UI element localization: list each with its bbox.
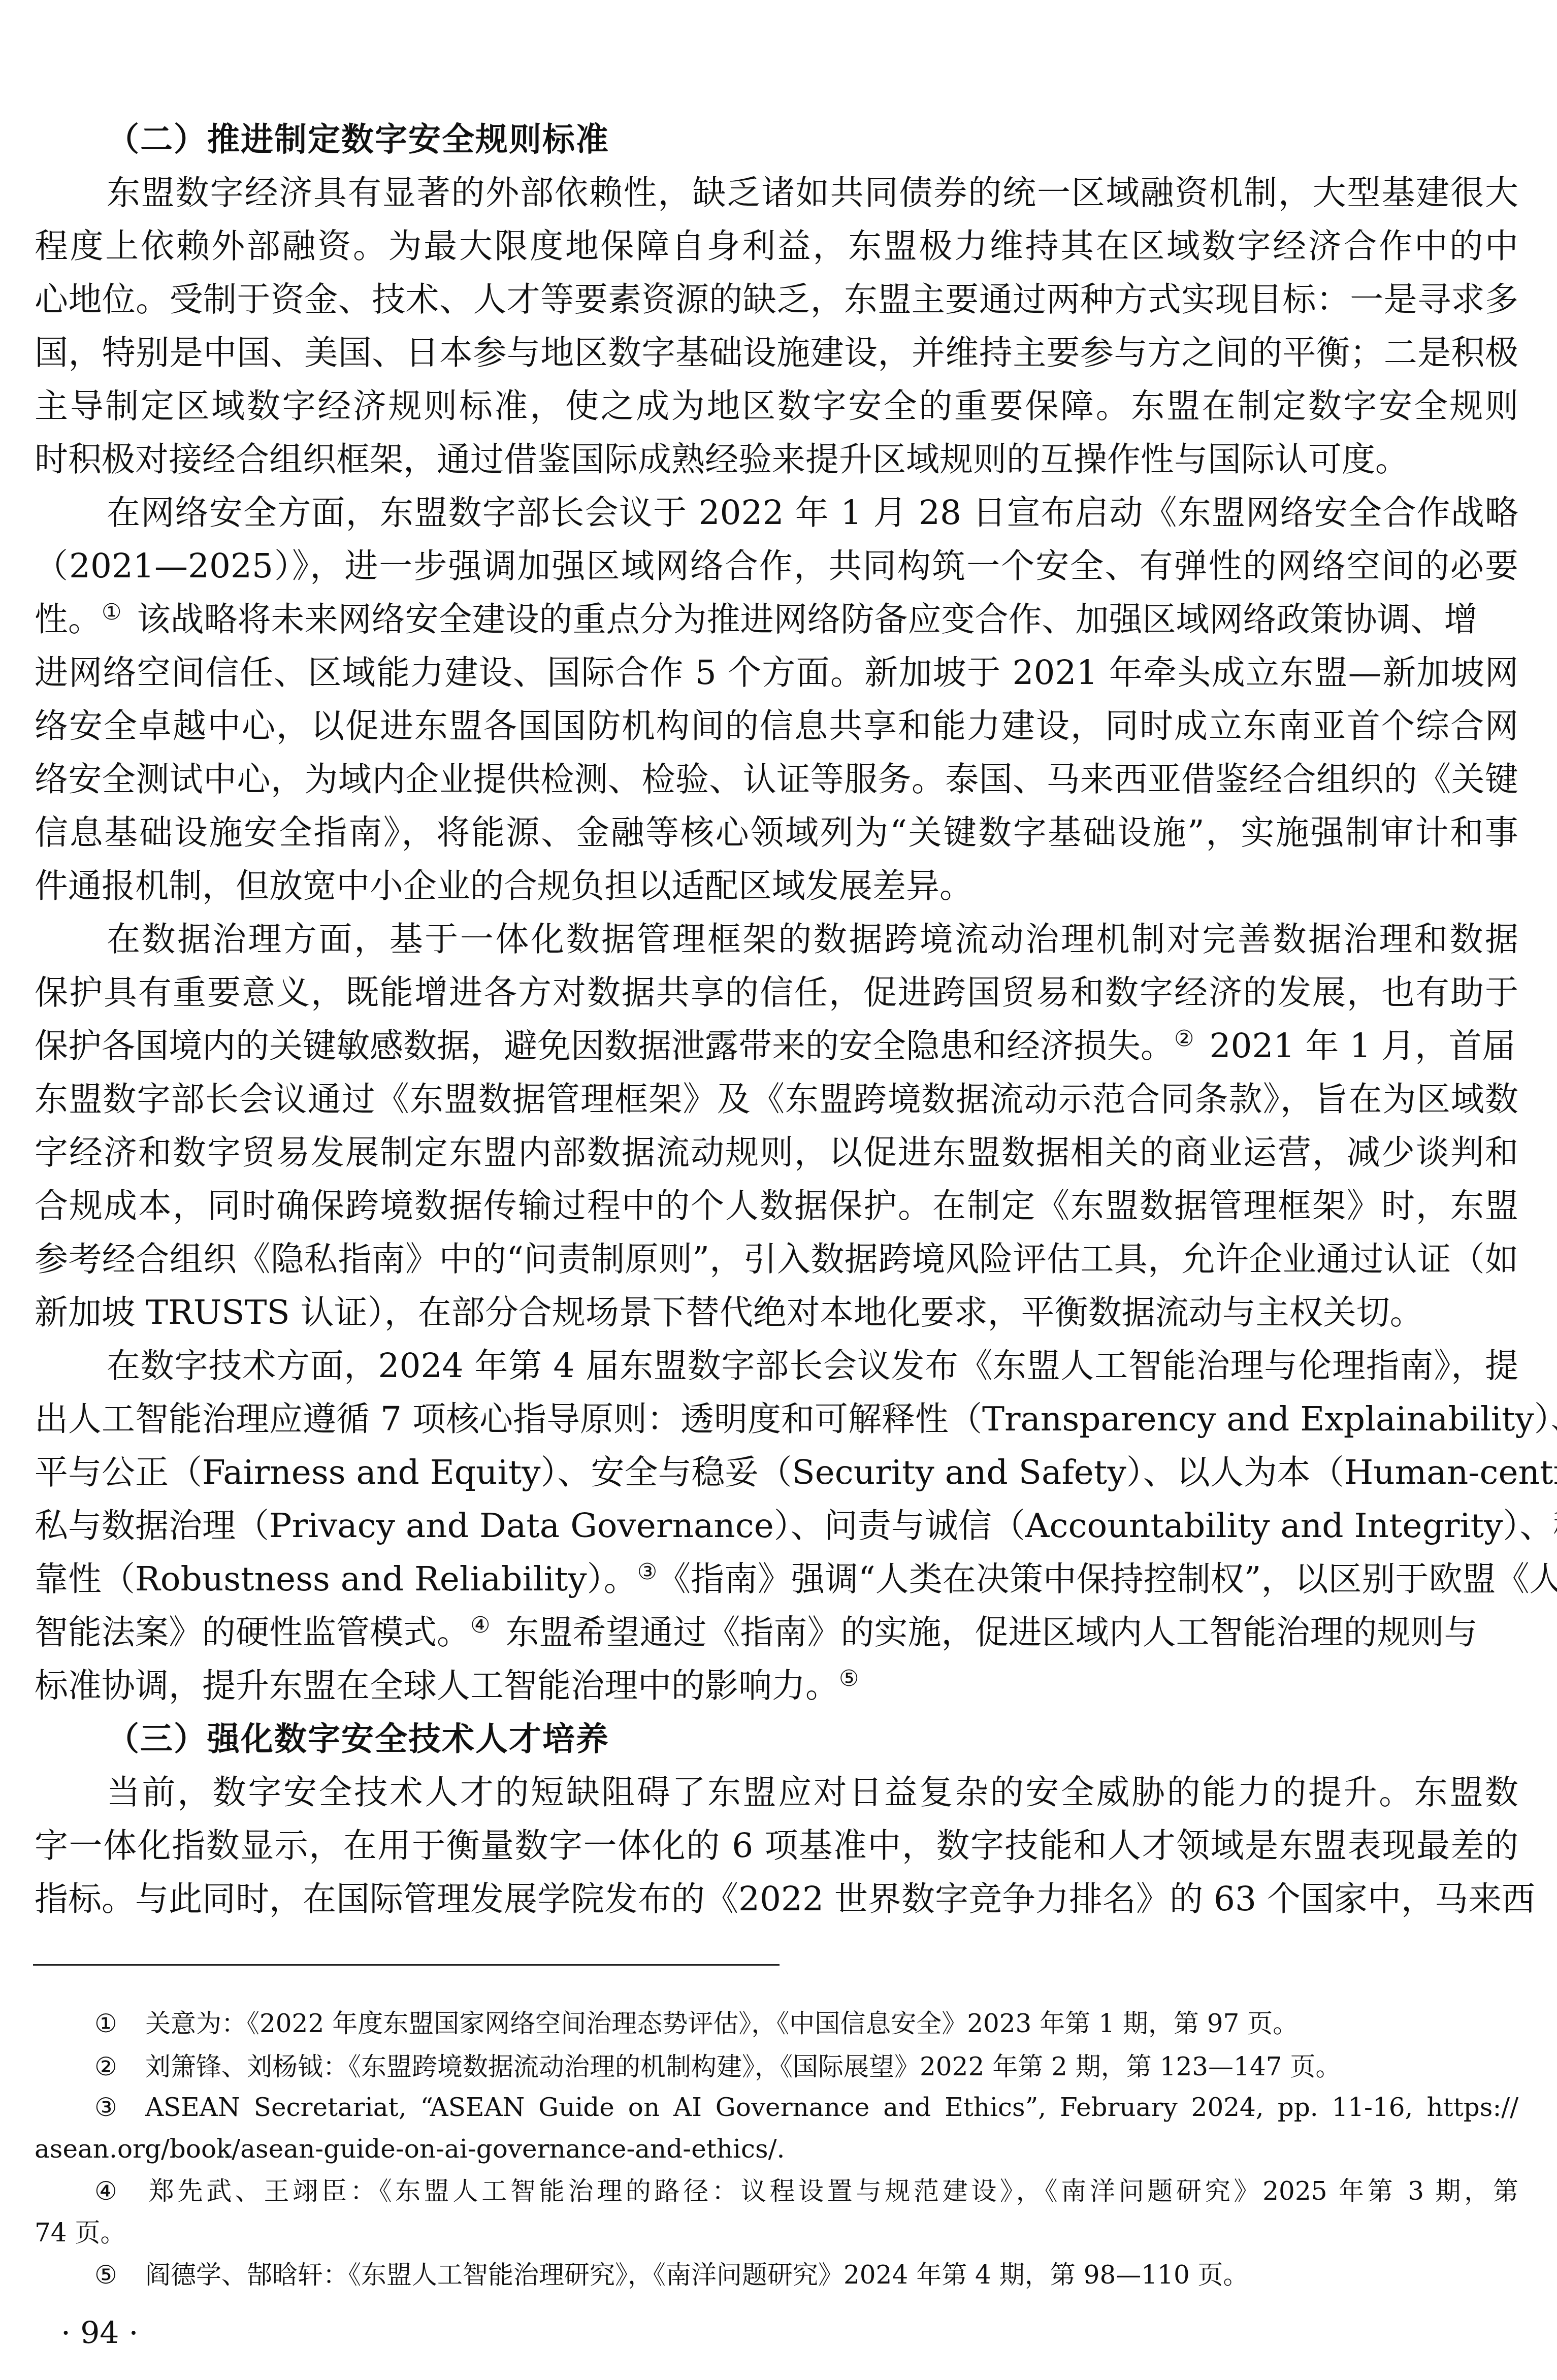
footnote-number: ④	[94, 2171, 145, 2211]
body-line: 在网络安全方面，东盟数字部长会议于 2022 年 1 月 28 日宣布启动《东盟…	[107, 487, 1518, 538]
footnote-text: 刘箫锋、刘杨钺：《东盟跨境数据流动治理的机制构建》，《国际展望》2022 年第 …	[145, 2052, 1341, 2081]
page-number: · 94 ·	[61, 2313, 139, 2354]
footnote-number: ②	[94, 2046, 145, 2087]
body-text: 智能法案》的硬性监管模式。	[35, 1613, 470, 1652]
body-line: 参考经合组织《隐私指南》中的“问责制原则”，引入数据跨境风险评估工具，允许企业通…	[35, 1234, 1518, 1285]
body-line: 合规成本，同时确保跨境数据传输过程中的个人数据保护。在制定《东盟数据管理框架》时…	[35, 1181, 1518, 1231]
footnote-divider	[33, 1964, 780, 1966]
footnote-4-cont: 74 页。	[35, 2212, 1518, 2253]
body-line: 字经济和数字贸易发展制定东盟内部数据流动规则，以促进东盟数据相关的商业运营，减少…	[35, 1127, 1518, 1178]
body-line: 主导制定区域数字经济规则标准，使之成为地区数字安全的重要保障。东盟在制定数字安全…	[35, 381, 1518, 432]
body-line: 东盟数字经济具有显著的外部依赖性，缺乏诸如共同债券的统一区域融资机制，大型基建很…	[107, 168, 1518, 218]
body-text: 2021 年 1 月，首届	[1209, 1026, 1515, 1065]
body-text: 靠性（Robustness and Reliability）。	[35, 1559, 637, 1599]
body-line: 指标。与此同时，在国际管理发展学院发布的《2022 世界数字竞争力排名》的 63…	[35, 1874, 1518, 1925]
body-line-with-footnote: 靠性（Robustness and Reliability）。③《指南》强调“人…	[35, 1554, 1518, 1605]
footnote-number: ①	[94, 2003, 145, 2044]
body-line: 信息基础设施安全指南》，将能源、金融等核心领域列为“关键数字基础设施”，实施强制…	[35, 807, 1518, 858]
body-line: 平与公正（Fairness and Equity）、安全与稳妥（Security…	[35, 1447, 1518, 1498]
body-text: 东盟希望通过《指南》的实施，促进区域内人工智能治理的规则与	[505, 1613, 1477, 1652]
body-line: 时积极对接经合组织框架，通过借鉴国际成熟经验来提升区域规则的互操作性与国际认可度…	[35, 434, 1518, 485]
body-line-with-footnote: 标准协调，提升东盟在全球人工智能治理中的影响力。⑤	[35, 1660, 1518, 1711]
body-text: 《指南》强调“人类在决策中保持控制权”，以区别于欧盟《人工	[657, 1559, 1557, 1599]
body-line: 国，特别是中国、美国、日本参与地区数字基础设施建设，并维持主要参与方之间的平衡；…	[35, 328, 1518, 378]
footnote-4: ④郑先武、王翊臣：《东盟人工智能治理的路径：议程设置与规范建设》，《南洋问题研究…	[94, 2171, 1518, 2211]
journal-page: （二）推进制定数字安全规则标准 东盟数字经济具有显著的外部依赖性，缺乏诸如共同债…	[0, 0, 1557, 2380]
footnote-text: ASEAN Secretariat, “ASEAN Guide on AI Go…	[145, 2093, 1518, 2122]
footnote-1: ①关意为：《2022 年度东盟国家网络空间治理态势评估》，《中国信息安全》202…	[94, 2003, 1518, 2044]
body-line: 字一体化指数显示，在用于衡量数字一体化的 6 项基准中，数字技能和人才领域是东盟…	[35, 1820, 1518, 1871]
body-text: 保护各国境内的关键敏感数据，避免因数据泄露带来的安全隐患和经济损失。	[35, 1026, 1174, 1065]
footnote-text: 关意为：《2022 年度东盟国家网络空间治理态势评估》，《中国信息安全》2023…	[145, 2009, 1298, 2038]
body-line: （2021—2025）》，进一步强调加强区域网络合作，共同构筑一个安全、有弹性的…	[35, 541, 1518, 592]
footnote-ref-1[interactable]: ①	[102, 599, 121, 625]
footnote-ref-4[interactable]: ④	[470, 1612, 490, 1638]
footnote-3: ③ASEAN Secretariat, “ASEAN Guide on AI G…	[94, 2087, 1518, 2128]
footnote-ref-5[interactable]: ⑤	[839, 1666, 859, 1691]
footnote-number: ③	[94, 2087, 145, 2128]
body-line-with-footnote: 性。①该战略将未来网络安全建设的重点分为推进网络防备应变合作、加强区域网络政策协…	[35, 594, 1518, 645]
section-heading-2: （二）推进制定数字安全规则标准	[107, 114, 609, 165]
body-line: 在数据治理方面，基于一体化数据管理框架的数据跨境流动治理机制对完善数据治理和数据	[107, 914, 1518, 965]
body-line-with-footnote: 保护各国境内的关键敏感数据，避免因数据泄露带来的安全隐患和经济损失。②2021 …	[35, 1021, 1518, 1071]
body-line: 东盟数字部长会议通过《东盟数据管理框架》及《东盟跨境数据流动示范合同条款》，旨在…	[35, 1074, 1518, 1125]
body-text: 该战略将未来网络安全建设的重点分为推进网络防备应变合作、加强区域网络政策协调、增	[137, 600, 1477, 639]
footnote-5: ⑤阎德学、郜晗轩：《东盟人工智能治理研究》，《南洋问题研究》2024 年第 4 …	[94, 2255, 1518, 2295]
body-line: 件通报机制，但放宽中小企业的合规负担以适配区域发展差异。	[35, 861, 1518, 911]
body-line: 在数字技术方面，2024 年第 4 届东盟数字部长会议发布《东盟人工智能治理与伦…	[107, 1341, 1518, 1391]
body-line: 保护具有重要意义，既能增进各方对数据共享的信任，促进跨国贸易和数字经济的发展，也…	[35, 967, 1518, 1018]
body-line: 心地位。受制于资金、技术、人才等要素资源的缺乏，东盟主要通过两种方式实现目标：一…	[35, 274, 1518, 325]
body-line: 出人工智能治理应遵循 7 项核心指导原则：透明度和可解释性（Transparen…	[35, 1394, 1518, 1445]
footnote-ref-3[interactable]: ③	[637, 1559, 657, 1585]
footnote-2: ②刘箫锋、刘杨钺：《东盟跨境数据流动治理的机制构建》，《国际展望》2022 年第…	[94, 2046, 1518, 2087]
body-line-with-footnote: 智能法案》的硬性监管模式。④东盟希望通过《指南》的实施，促进区域内人工智能治理的…	[35, 1607, 1518, 1658]
footnote-3-url[interactable]: asean.org/book/asean-guide-on-ai-governa…	[35, 2129, 1518, 2169]
footnote-number: ⑤	[94, 2255, 145, 2295]
footnote-text: 阎德学、郜晗轩：《东盟人工智能治理研究》，《南洋问题研究》2024 年第 4 期…	[145, 2260, 1249, 2290]
footnote-text: 郑先武、王翊臣：《东盟人工智能治理的路径：议程设置与规范建设》，《南洋问题研究》…	[145, 2176, 1518, 2206]
body-text: 标准协调，提升东盟在全球人工智能治理中的影响力。	[35, 1666, 839, 1705]
body-line: 私与数据治理（Privacy and Data Governance）、问责与诚…	[35, 1501, 1518, 1551]
body-line: 进网络空间信任、区域能力建设、国际合作 5 个方面。新加坡于 2021 年牵头成…	[35, 647, 1518, 698]
body-text: 性。	[35, 600, 102, 639]
body-line: 络安全测试中心，为域内企业提供检测、检验、认证等服务。泰国、马来西亚借鉴经合组织…	[35, 754, 1518, 805]
section-heading-3: （三）强化数字安全技术人才培养	[107, 1714, 609, 1765]
body-line: 程度上依赖外部融资。为最大限度地保障自身利益，东盟极力维持其在区域数字经济合作中…	[35, 221, 1518, 272]
body-line: 当前，数字安全技术人才的短缺阻碍了东盟应对日益复杂的安全威胁的能力的提升。东盟数	[107, 1767, 1518, 1818]
body-line: 新加坡 TRUSTS 认证），在部分合规场景下替代绝对本地化要求，平衡数据流动与…	[35, 1287, 1518, 1338]
body-line: 络安全卓越中心，以促进东盟各国国防机构间的信息共享和能力建设，同时成立东南亚首个…	[35, 701, 1518, 752]
footnote-ref-2[interactable]: ②	[1174, 1026, 1194, 1052]
